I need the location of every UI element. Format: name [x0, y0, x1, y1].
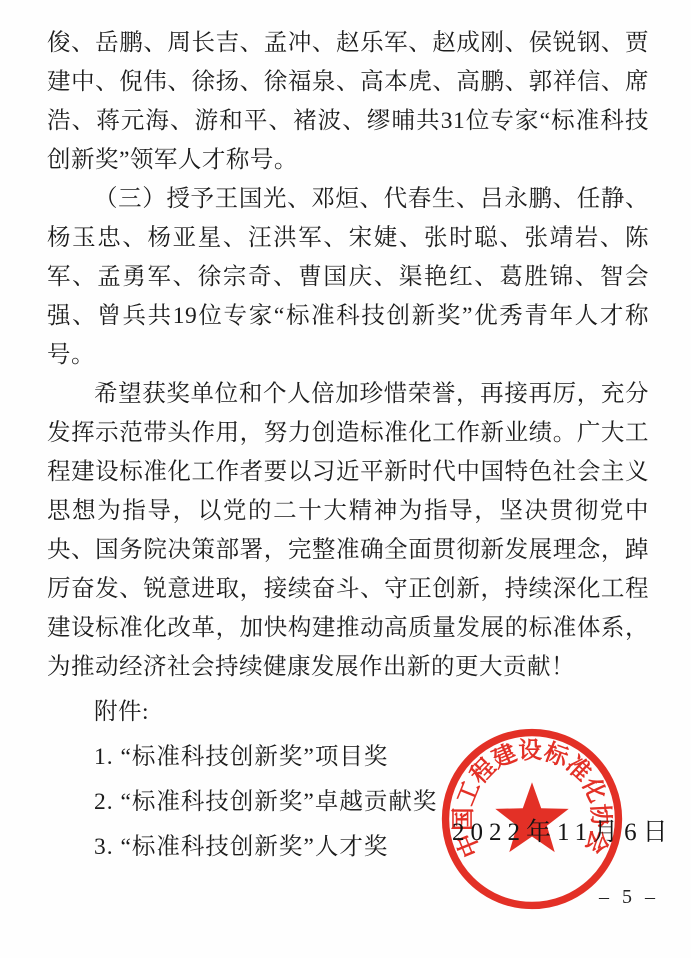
paragraph-young-talent-awardees: （三）授予王国光、邓烜、代春生、吕永鹏、任静、杨玉忠、杨亚星、汪洪军、宋婕、张时…: [47, 180, 649, 375]
document-date: 2022年11月6日: [452, 812, 674, 848]
paragraph-leading-talent-awardees: 俊、岳鹏、周长吉、孟冲、赵乐军、赵成刚、侯锐钢、贾建中、倪伟、徐扬、徐福泉、高本…: [47, 24, 649, 180]
paragraph-closing-exhortation: 希望获奖单位和个人倍加珍惜荣誉，再接再厉，充分发挥示范带头作用，努力创造标准化工…: [47, 375, 649, 687]
document-page: 俊、岳鹏、周长吉、孟冲、赵乐军、赵成刚、侯锐钢、贾建中、倪伟、徐扬、徐福泉、高本…: [0, 0, 691, 958]
page-number: – 5 –: [599, 886, 659, 909]
